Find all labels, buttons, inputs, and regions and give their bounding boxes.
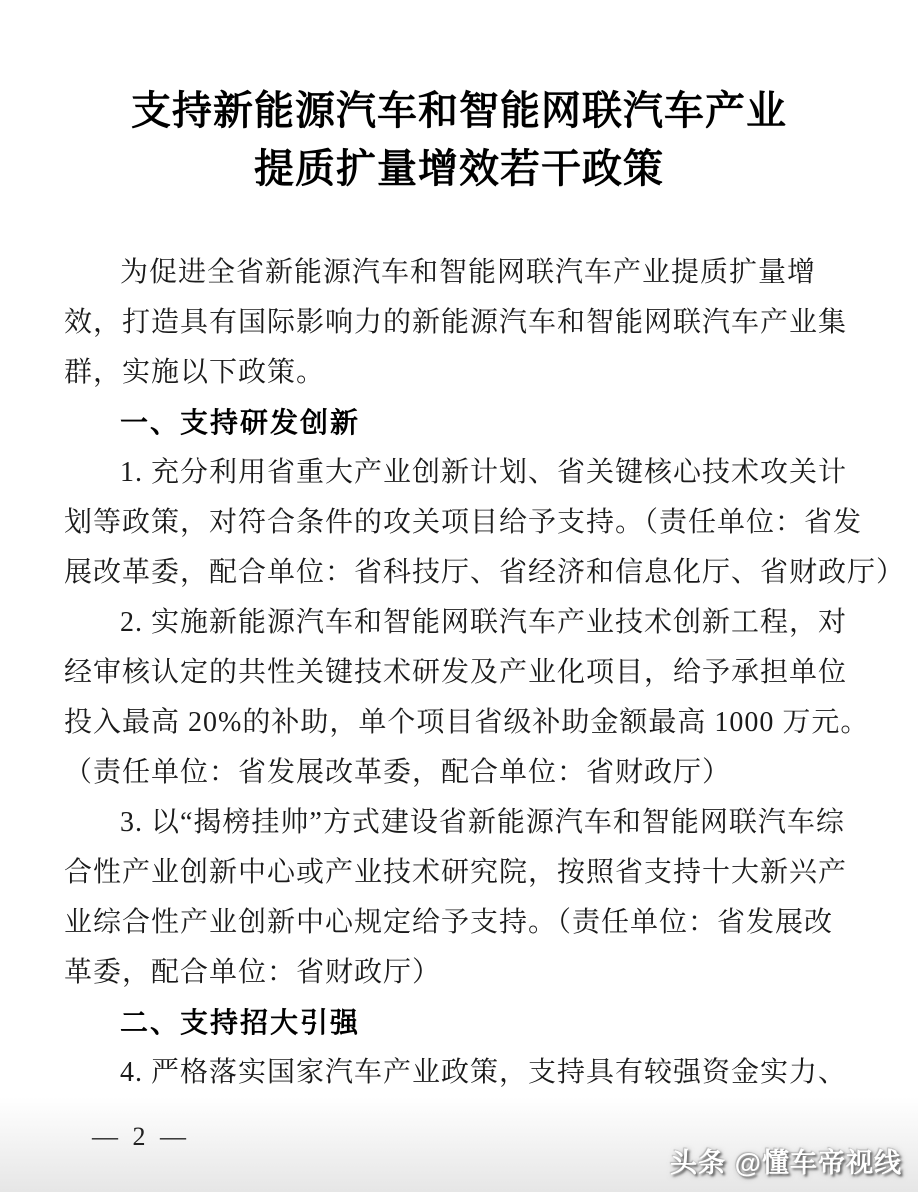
- document-line: 投入最高 20%的补助，单个项目省级补助金额最高 1000 万元。: [64, 698, 862, 748]
- document-line: 经审核认定的共性关键技术研发及产业化项目，给予承担单位: [64, 648, 862, 698]
- document-title-line-2: 提质扩量增效若干政策: [0, 140, 918, 198]
- section-heading: 二、支持招大引强: [64, 998, 862, 1048]
- document-title: 支持新能源汽车和智能网联汽车产业 提质扩量增效若干政策: [0, 82, 918, 198]
- document-line: 2. 实施新能源汽车和智能网联汽车产业技术创新工程，对: [64, 598, 862, 648]
- paragraph: 为促进全省新能源汽车和智能网联汽车产业提质扩量增效，打造具有国际影响力的新能源汽…: [64, 248, 862, 398]
- document-line: 业综合性产业创新中心规定给予支持。（责任单位：省发展改: [64, 898, 862, 948]
- document-line: 划等政策，对符合条件的攻关项目给予支持。（责任单位：省发: [64, 498, 862, 548]
- document-page: 支持新能源汽车和智能网联汽车产业 提质扩量增效若干政策 为促进全省新能源汽车和智…: [0, 0, 918, 1192]
- document-line: 效，打造具有国际影响力的新能源汽车和智能网联汽车产业集: [64, 298, 862, 348]
- paragraph: 1. 充分利用省重大产业创新计划、省关键核心技术攻关计划等政策，对符合条件的攻关…: [64, 448, 862, 598]
- document-line: 革委，配合单位：省财政厅）: [64, 948, 862, 998]
- document-line: 群，实施以下政策。: [64, 348, 862, 398]
- document-line: 合性产业创新中心或产业技术研究院，按照省支持十大新兴产: [64, 848, 862, 898]
- paragraph: 3. 以“揭榜挂帅”方式建设省新能源汽车和智能网联汽车综合性产业创新中心或产业技…: [64, 798, 862, 998]
- document-line: 为促进全省新能源汽车和智能网联汽车产业提质扩量增: [64, 248, 862, 298]
- paragraph: 2. 实施新能源汽车和智能网联汽车产业技术创新工程，对经审核认定的共性关键技术研…: [64, 598, 862, 798]
- document-line: 3. 以“揭榜挂帅”方式建设省新能源汽车和智能网联汽车综: [64, 798, 862, 848]
- document-body: 为促进全省新能源汽车和智能网联汽车产业提质扩量增效，打造具有国际影响力的新能源汽…: [64, 248, 862, 1098]
- page-number: — 2 —: [92, 1122, 190, 1152]
- document-title-line-1: 支持新能源汽车和智能网联汽车产业: [0, 82, 918, 140]
- section-heading: 一、支持研发创新: [64, 398, 862, 448]
- paragraph: 4. 严格落实国家汽车产业政策，支持具有较强资金实力、: [64, 1048, 862, 1098]
- watermark-text: 头条 @懂车帝视线: [670, 1141, 902, 1180]
- document-line: 展改革委，配合单位：省科技厅、省经济和信息化厅、省财政厅）: [64, 548, 862, 598]
- document-line: （责任单位：省发展改革委，配合单位：省财政厅）: [64, 748, 862, 798]
- document-line: 1. 充分利用省重大产业创新计划、省关键核心技术攻关计: [64, 448, 862, 498]
- document-line: 4. 严格落实国家汽车产业政策，支持具有较强资金实力、: [64, 1048, 862, 1098]
- document-line: 二、支持招大引强: [64, 998, 862, 1048]
- document-line: 一、支持研发创新: [64, 398, 862, 448]
